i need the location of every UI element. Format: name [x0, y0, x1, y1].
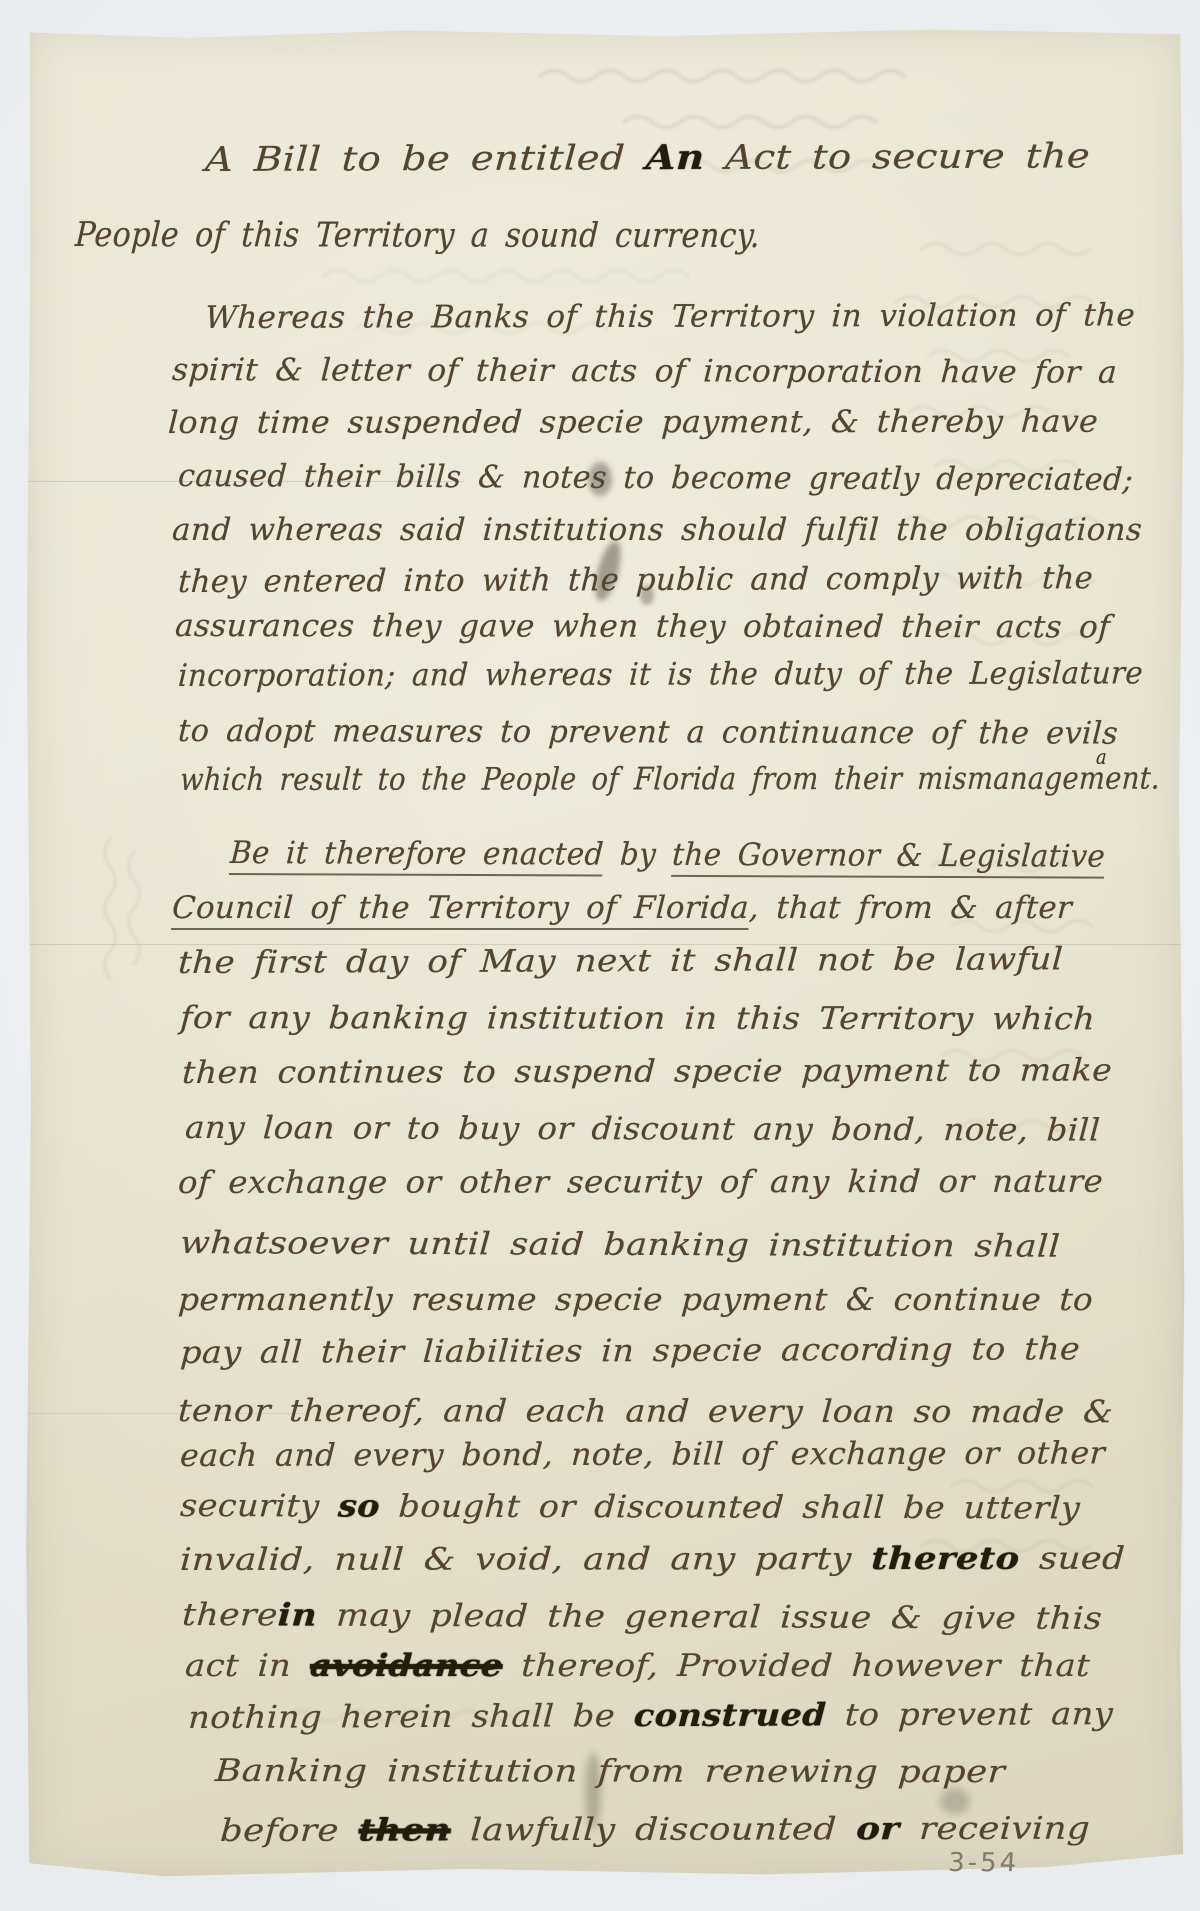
document-scan: A Bill to be entitled An Act to secure t…	[0, 0, 1200, 1911]
text-segment: spirit & letter of their acts of incorpo…	[171, 352, 1118, 391]
text-segment: to adopt measures to prevent a continuan…	[177, 713, 1119, 752]
text-segment: the Governor & Legislative	[671, 837, 1106, 879]
text-segment: Whereas the Banks of this Territory in v…	[204, 297, 1136, 336]
text-segment: before	[219, 1813, 359, 1849]
text-segment: then	[358, 1812, 452, 1848]
manuscript-line: tenor thereof, and each and every loan s…	[177, 1393, 1114, 1430]
manuscript-line: the first day of May next it shall not b…	[177, 941, 1064, 981]
manuscript-line: which result to the People of Florida fr…	[179, 761, 1161, 798]
text-segment: tenor thereof, and each and every loan s…	[177, 1393, 1114, 1430]
text-segment: , that from & after	[748, 890, 1073, 926]
text-segment: Act to secure the	[704, 136, 1091, 178]
text-segment: lawfully discounted	[450, 1811, 857, 1848]
manuscript-line: before then lawfully discounted or recei…	[219, 1811, 1091, 1849]
manuscript-line: any loan or to buy or discount any bond,…	[184, 1110, 1101, 1149]
manuscript-line: Whereas the Banks of this Territory in v…	[204, 297, 1136, 336]
text-segment: which result to the People of Florida fr…	[179, 761, 918, 798]
text-segment: nothing herein shall be	[187, 1698, 634, 1736]
text-segment: for any banking institution in this Terr…	[179, 1000, 1096, 1037]
manuscript-line: permanently resume specie payment & cont…	[177, 1282, 1094, 1318]
text-segment: mismanagement.a	[916, 761, 1161, 797]
text-segment: to prevent any	[825, 1696, 1114, 1733]
manuscript-line: of exchange or other security of any kin…	[177, 1164, 1104, 1201]
text-segment: whatsoever until said banking institutio…	[179, 1225, 1061, 1265]
text-segment: so	[337, 1488, 381, 1524]
manuscript-line: for any banking institution in this Terr…	[179, 1000, 1096, 1037]
text-segment: thereto	[870, 1541, 1020, 1577]
text-segment: sued	[1019, 1541, 1126, 1577]
text-segment: there	[181, 1597, 279, 1633]
archival-number: 3-54	[947, 1848, 1020, 1878]
text-segment: receiving	[899, 1811, 1091, 1848]
manuscript-line: spirit & letter of their acts of incorpo…	[171, 352, 1118, 391]
text-segment: of exchange or other security of any kin…	[177, 1164, 1104, 1201]
text-segment: in	[277, 1597, 318, 1633]
manuscript-line: assurances they gave when they obtained …	[174, 608, 1111, 645]
manuscript-line: A Bill to be entitled An Act to secure t…	[204, 136, 1091, 180]
text-segment: or	[855, 1811, 900, 1847]
manuscript-line: security so bought or discounted shall b…	[179, 1488, 1081, 1527]
manuscript-line: nothing herein shall be construed to pre…	[187, 1696, 1114, 1736]
text-segment: construed	[633, 1697, 827, 1734]
manuscript-line: act in avoidance thereof, Provided howev…	[184, 1648, 1091, 1684]
manuscript-line: invalid, null & void, and any party ther…	[179, 1541, 1126, 1578]
text-segment: Council of the Territory of Florida	[171, 890, 750, 930]
text-segment: An	[645, 138, 706, 178]
manuscript-line: they entered into with the public and co…	[177, 560, 1094, 600]
text-segment: then continues to suspend specie payment…	[181, 1052, 1113, 1091]
manuscript-line: Banking institution from renewing paper	[214, 1753, 1006, 1790]
text-segment: and whereas said institutions should ful…	[171, 512, 1143, 548]
text-segment: incorporation; and whereas it is the dut…	[177, 655, 1144, 694]
text-segment: caused their bills & notes to become gre…	[177, 458, 1134, 498]
manuscript-line: whatsoever until said banking institutio…	[179, 1225, 1061, 1265]
text-segment: any loan or to buy or discount any bond,…	[184, 1110, 1101, 1149]
manuscript-line: to adopt measures to prevent a continuan…	[177, 713, 1119, 752]
manuscript-line: caused their bills & notes to become gre…	[177, 458, 1134, 498]
text-segment: they entered into with the public and co…	[177, 560, 1094, 600]
text-layer: A Bill to be entitled An Act to secure t…	[0, 0, 1200, 1911]
text-segment: bought or discounted shall be utterly	[379, 1489, 1081, 1527]
text-segment: may plead the general issue & give this	[316, 1598, 1103, 1637]
text-segment: permanently resume specie payment & cont…	[177, 1282, 1094, 1318]
text-segment: the first day of May next it shall not b…	[177, 941, 1064, 981]
text-segment: Banking institution from renewing paper	[214, 1753, 1006, 1790]
manuscript-line: each and every bond, note, bill of excha…	[179, 1435, 1106, 1474]
text-segment: thereof, Provided however that	[502, 1648, 1091, 1684]
text-segment: avoidance	[309, 1648, 504, 1684]
text-segment: by	[603, 837, 674, 873]
text-segment: act in	[184, 1648, 311, 1684]
manuscript-line: and whereas said institutions should ful…	[171, 512, 1143, 548]
text-segment: invalid, null & void, and any party	[179, 1541, 872, 1578]
manuscript-line: People of this Territory a sound currenc…	[74, 215, 761, 256]
text-segment: 3-54	[947, 1848, 1020, 1878]
text-segment: People of this Territory a sound currenc…	[74, 215, 761, 256]
manuscript-line: therein may plead the general issue & gi…	[181, 1597, 1103, 1637]
manuscript-line: Be it therefore enacted by the Governor …	[229, 835, 1106, 875]
text-segment: pay all their liabilities in specie acco…	[179, 1331, 1081, 1371]
text-segment: assurances they gave when they obtained …	[174, 608, 1111, 645]
manuscript-line: then continues to suspend specie payment…	[181, 1052, 1113, 1091]
text-segment: each and every bond, note, bill of excha…	[179, 1435, 1106, 1474]
text-segment: A Bill to be entitled	[204, 138, 647, 180]
manuscript-line: Council of the Territory of Florida, tha…	[171, 890, 1073, 926]
text-segment: Be it therefore enacted	[229, 835, 605, 877]
text-segment: long time suspended specie payment, & th…	[167, 404, 1099, 441]
manuscript-line: incorporation; and whereas it is the dut…	[177, 655, 1144, 694]
text-segment: security	[179, 1488, 339, 1524]
manuscript-line: pay all their liabilities in specie acco…	[179, 1331, 1081, 1371]
manuscript-line: long time suspended specie payment, & th…	[167, 404, 1099, 441]
